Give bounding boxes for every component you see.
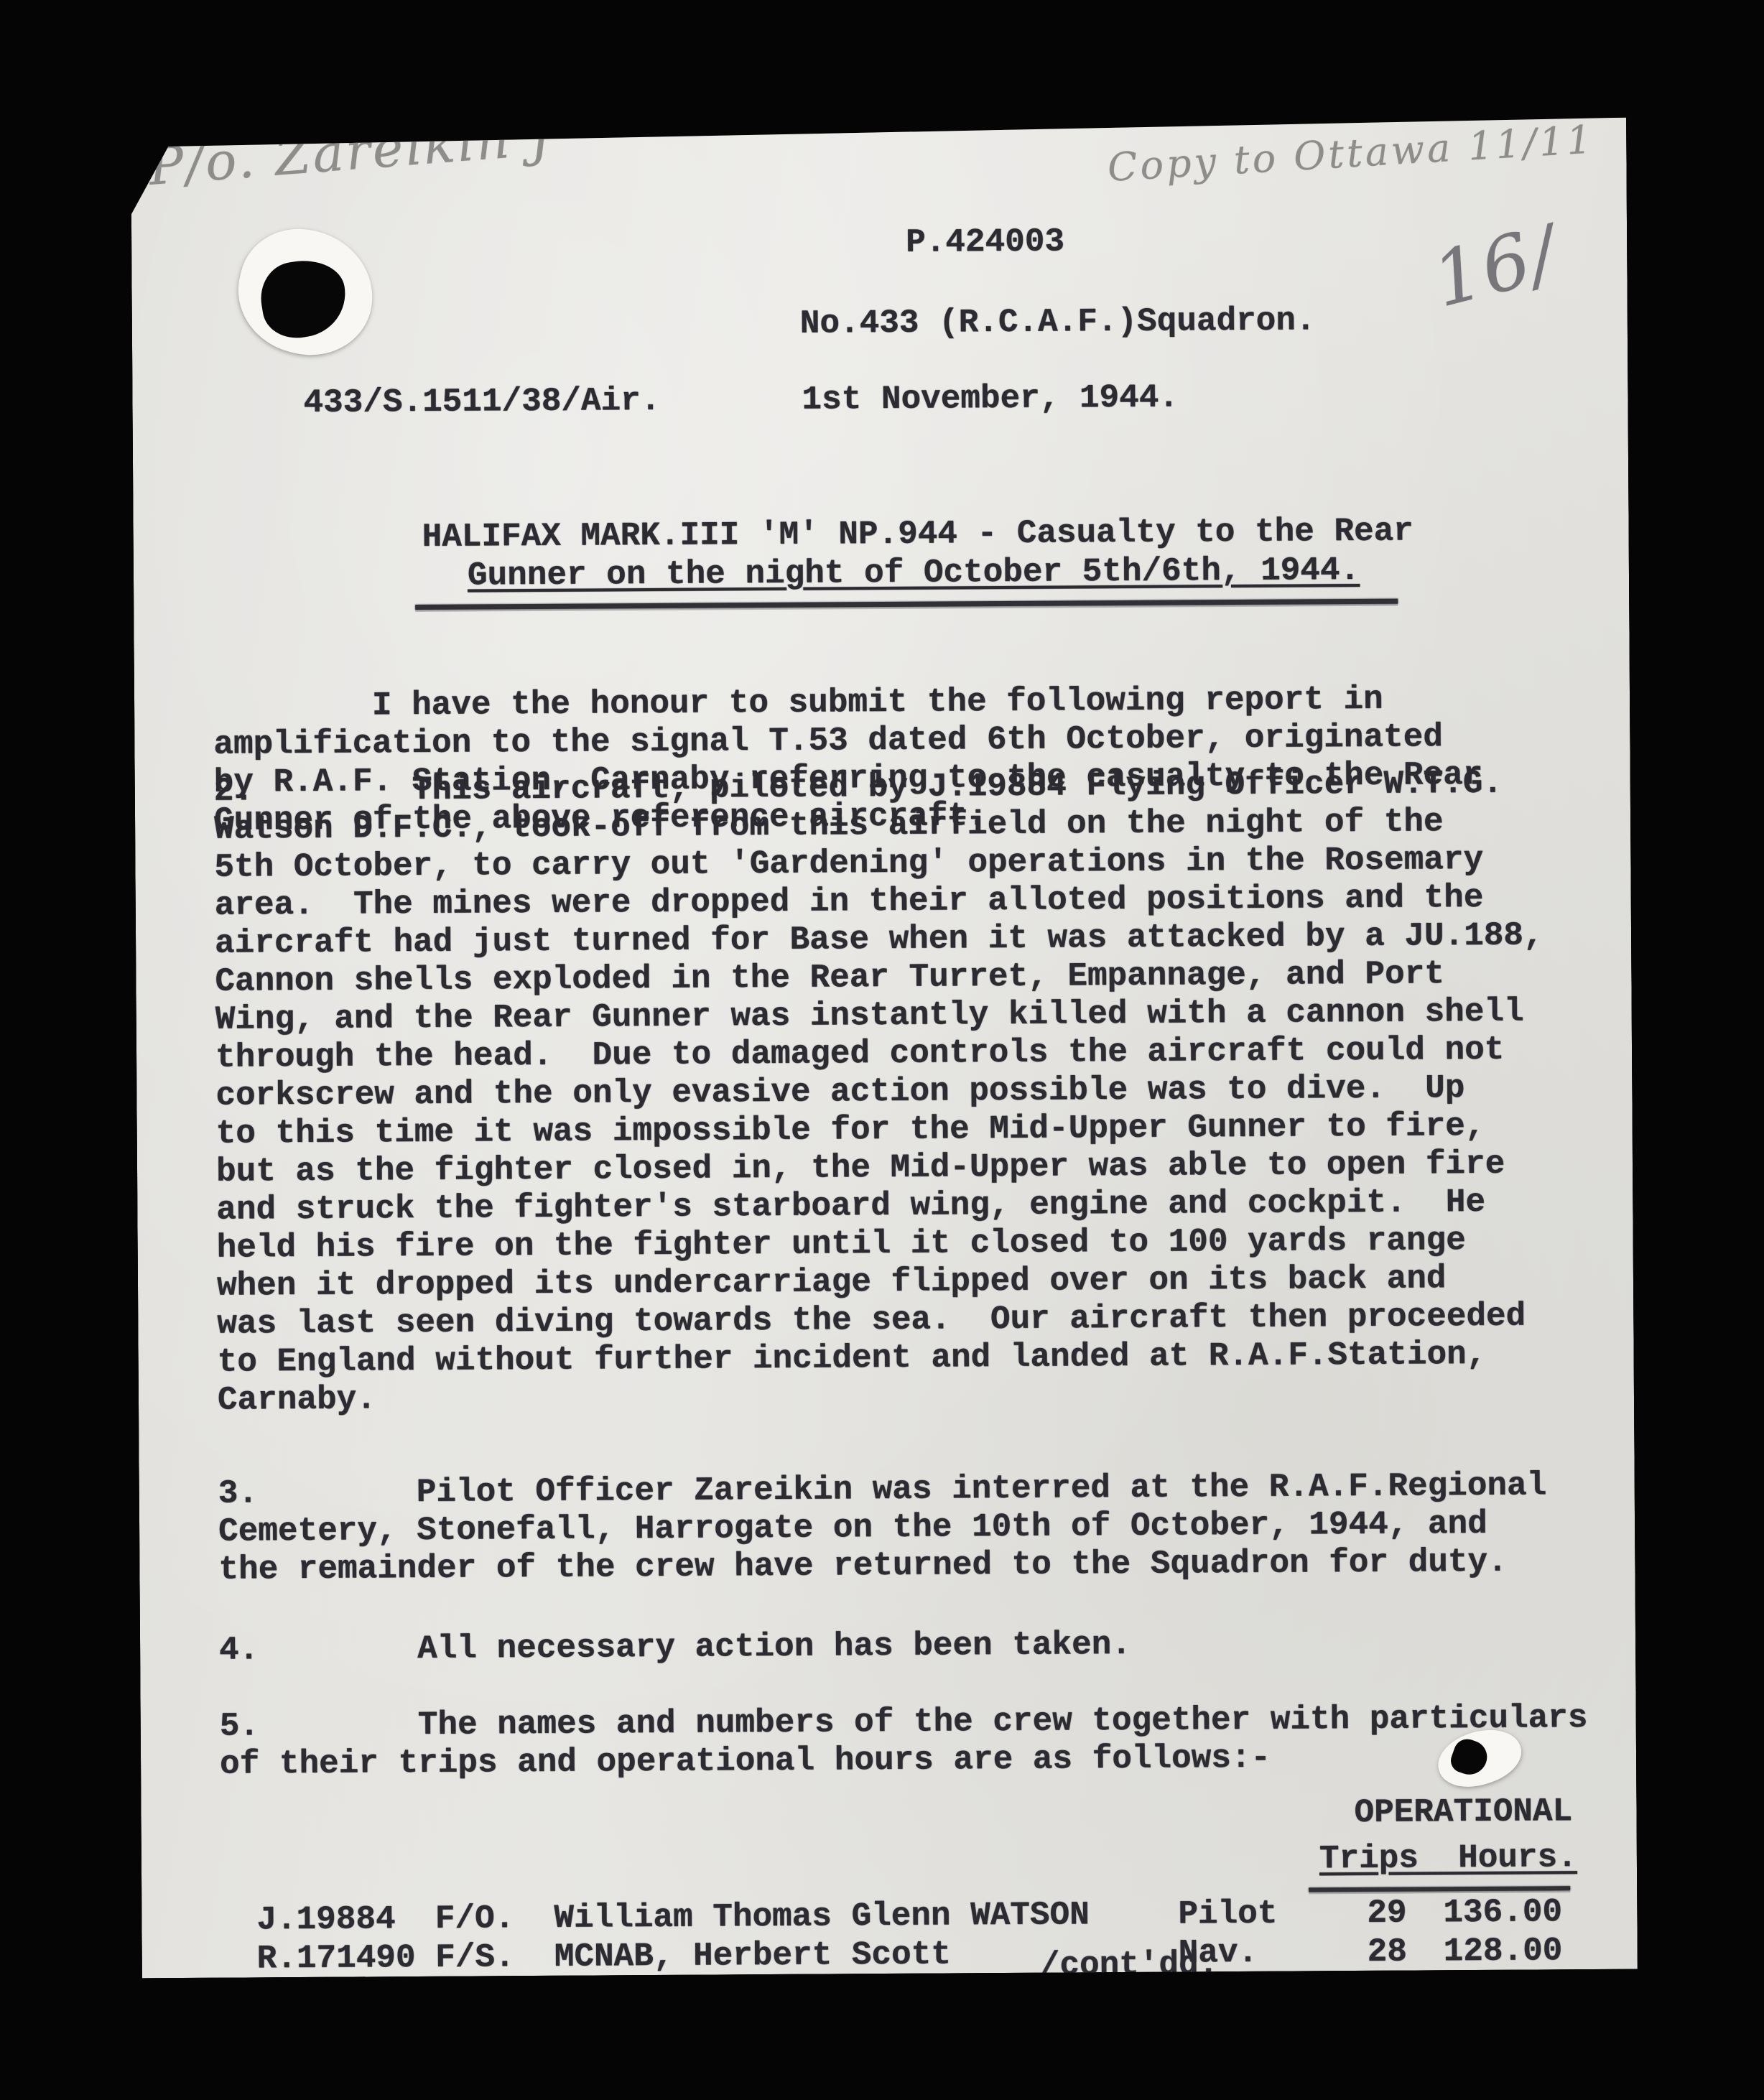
crew-hours: 136.00 xyxy=(1443,1893,1562,1932)
crew-trips: 29 xyxy=(1367,1895,1407,1933)
paragraph-2: 2. This aircraft, piloted by J.19884 Fly… xyxy=(214,764,1546,1419)
handwritten-casualty-name: P/o. Zareikin J xyxy=(147,106,554,197)
subject-title-line2: Gunner on the night of October 5th/6th, … xyxy=(468,552,1360,595)
crew-identity: J.19884 F/O. William Thomas Glenn WATSON xyxy=(256,1896,1090,1939)
paragraph-3: 3. Pilot Officer Zareikin was interred a… xyxy=(218,1467,1547,1589)
document-paper: P/o. Zareikin J Copy to Ottawa 11/11 16/… xyxy=(131,118,1638,1979)
file-reference: 433/S.1511/38/Air. xyxy=(303,382,660,422)
paragraph-4: 4. All necessary action has been taken. xyxy=(219,1626,1131,1670)
crew-role: Pilot xyxy=(1178,1895,1277,1934)
column-header-rule xyxy=(1309,1886,1570,1892)
photo-background: { "colors": { "background": "#050505", "… xyxy=(0,0,1764,2100)
crew-hours: 128.00 xyxy=(1444,1932,1563,1971)
subject-title-line1: HALIFAX MARK.III 'M' NP.944 - Casualty t… xyxy=(422,512,1413,556)
continuation-mark: /cont'dd. xyxy=(1040,1946,1219,1985)
table-column-headers: Trips Hours. xyxy=(1319,1839,1577,1878)
squadron-name: No.433 (R.C.A.F.)Squadron. xyxy=(800,302,1316,343)
title-underline-rule xyxy=(415,599,1398,610)
paragraph-5: 5. The names and numbers of the crew tog… xyxy=(220,1699,1588,1784)
crew-identity: R.171490 F/S. MCNAB, Herbert Scott xyxy=(257,1936,951,1978)
table-operational-header: OPERATIONAL xyxy=(1354,1793,1572,1832)
crew-table-row: J.19884 F/O. William Thomas Glenn WATSON… xyxy=(141,1893,1637,1902)
crew-trips: 28 xyxy=(1368,1933,1408,1971)
handwritten-file-mark: 16/ xyxy=(1424,208,1566,324)
document-date: 1st November, 1944. xyxy=(802,378,1179,419)
personnel-file-number: P.424003 xyxy=(906,223,1064,261)
handwritten-copy-note: Copy to Ottawa 11/11 xyxy=(1106,116,1595,190)
